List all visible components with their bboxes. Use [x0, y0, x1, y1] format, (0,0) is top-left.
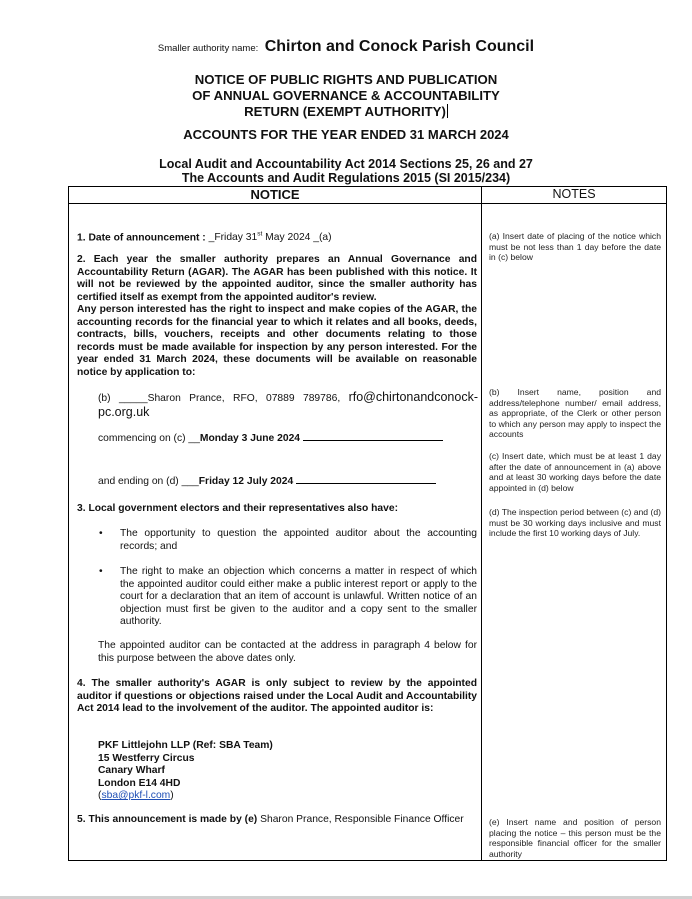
address-line: Canary Wharf	[98, 765, 498, 778]
title-line: RETURN (EXEMPT AUTHORITY)	[0, 104, 692, 120]
date-value: _Friday 31st May 2024 _(a)	[209, 232, 332, 243]
blank-line	[303, 440, 443, 441]
section-3-closing: The appointed auditor can be contacted a…	[77, 640, 477, 665]
note-b: (b) Insert name, position and address/te…	[489, 387, 661, 440]
note-c: (c) Insert date, which must be at least …	[489, 451, 661, 493]
legislation-line: Local Audit and Accountability Act 2014 …	[0, 157, 692, 171]
announcer-name: Sharon Prance, Responsible Finance Offic…	[260, 814, 464, 825]
authority-name-line: Smaller authority name: Chirton and Cono…	[0, 38, 692, 56]
section-2-para-2: Any person interested has the right to i…	[77, 304, 477, 379]
contact-name: (b) _____Sharon Prance, RFO, 07889 78978…	[98, 393, 349, 404]
title-line: NOTICE OF PUBLIC RIGHTS AND PUBLICATION	[0, 72, 692, 88]
section-4-text: 4. The smaller authority's AGAR is only …	[77, 678, 477, 716]
notes-column-header: NOTES	[482, 187, 666, 203]
notice-table: NOTICE NOTES 1. Date of announcement : _…	[68, 186, 667, 861]
legislation-line: The Accounts and Audit Regulations 2015 …	[0, 171, 692, 185]
note-e: (e) Insert name and position of person p…	[489, 817, 661, 859]
authority-label: Smaller authority name:	[158, 43, 258, 54]
auditor-email-link[interactable]: sba@pkf-l.com	[101, 790, 170, 801]
section-5-announcement: 5. This announcement is made by (e) Shar…	[77, 814, 477, 827]
bullet-icon: •	[99, 566, 103, 579]
ending-date: Friday 12 July 2024	[199, 476, 296, 487]
commencing-line: commencing on (c) __Monday 3 June 2024	[77, 433, 498, 446]
ending-line: and ending on (d) ___Friday 12 July 2024	[77, 476, 498, 489]
note-a: (a) Insert date of placing of the notice…	[489, 231, 661, 263]
text-cursor	[447, 104, 448, 118]
auditor-address: PKF Littlejohn LLP (Ref: SBA Team) 15 We…	[77, 740, 498, 803]
address-line: PKF Littlejohn LLP (Ref: SBA Team)	[98, 740, 498, 753]
date-label: 1. Date of announcement :	[77, 232, 209, 243]
title-line: OF ANNUAL GOVERNANCE & ACCOUNTABILITY	[0, 88, 692, 104]
legislation-heading: Local Audit and Accountability Act 2014 …	[0, 157, 692, 185]
bullet-item: • The right to make an objection which c…	[77, 566, 477, 629]
commencing-date: Monday 3 June 2024	[200, 433, 303, 444]
note-d: (d) The inspection period between (c) an…	[489, 507, 661, 539]
authority-name: Chirton and Conock Parish Council	[265, 38, 534, 55]
address-line: London E14 4HD	[98, 778, 498, 791]
address-line: 15 Westferry Circus	[98, 753, 498, 766]
notice-column-header: NOTICE	[69, 187, 481, 203]
section-3-heading: 3. Local government electors and their r…	[77, 503, 477, 516]
blank-line	[296, 483, 436, 484]
section-2-para-1: 2. Each year the smaller authority prepa…	[77, 254, 477, 304]
auditor-email-line: (sba@pkf-l.com)	[98, 790, 498, 803]
accounts-year-heading: ACCOUNTS FOR THE YEAR ENDED 31 MARCH 202…	[0, 127, 692, 142]
section-1-date: 1. Date of announcement : _Friday 31st M…	[77, 229, 477, 245]
contact-details: (b) _____Sharon Prance, RFO, 07889 78978…	[77, 391, 478, 420]
bullet-item: • The opportunity to question the appoin…	[77, 528, 477, 553]
notice-title: NOTICE OF PUBLIC RIGHTS AND PUBLICATION …	[0, 72, 692, 120]
bullet-icon: •	[99, 528, 103, 541]
header-divider	[69, 203, 666, 204]
